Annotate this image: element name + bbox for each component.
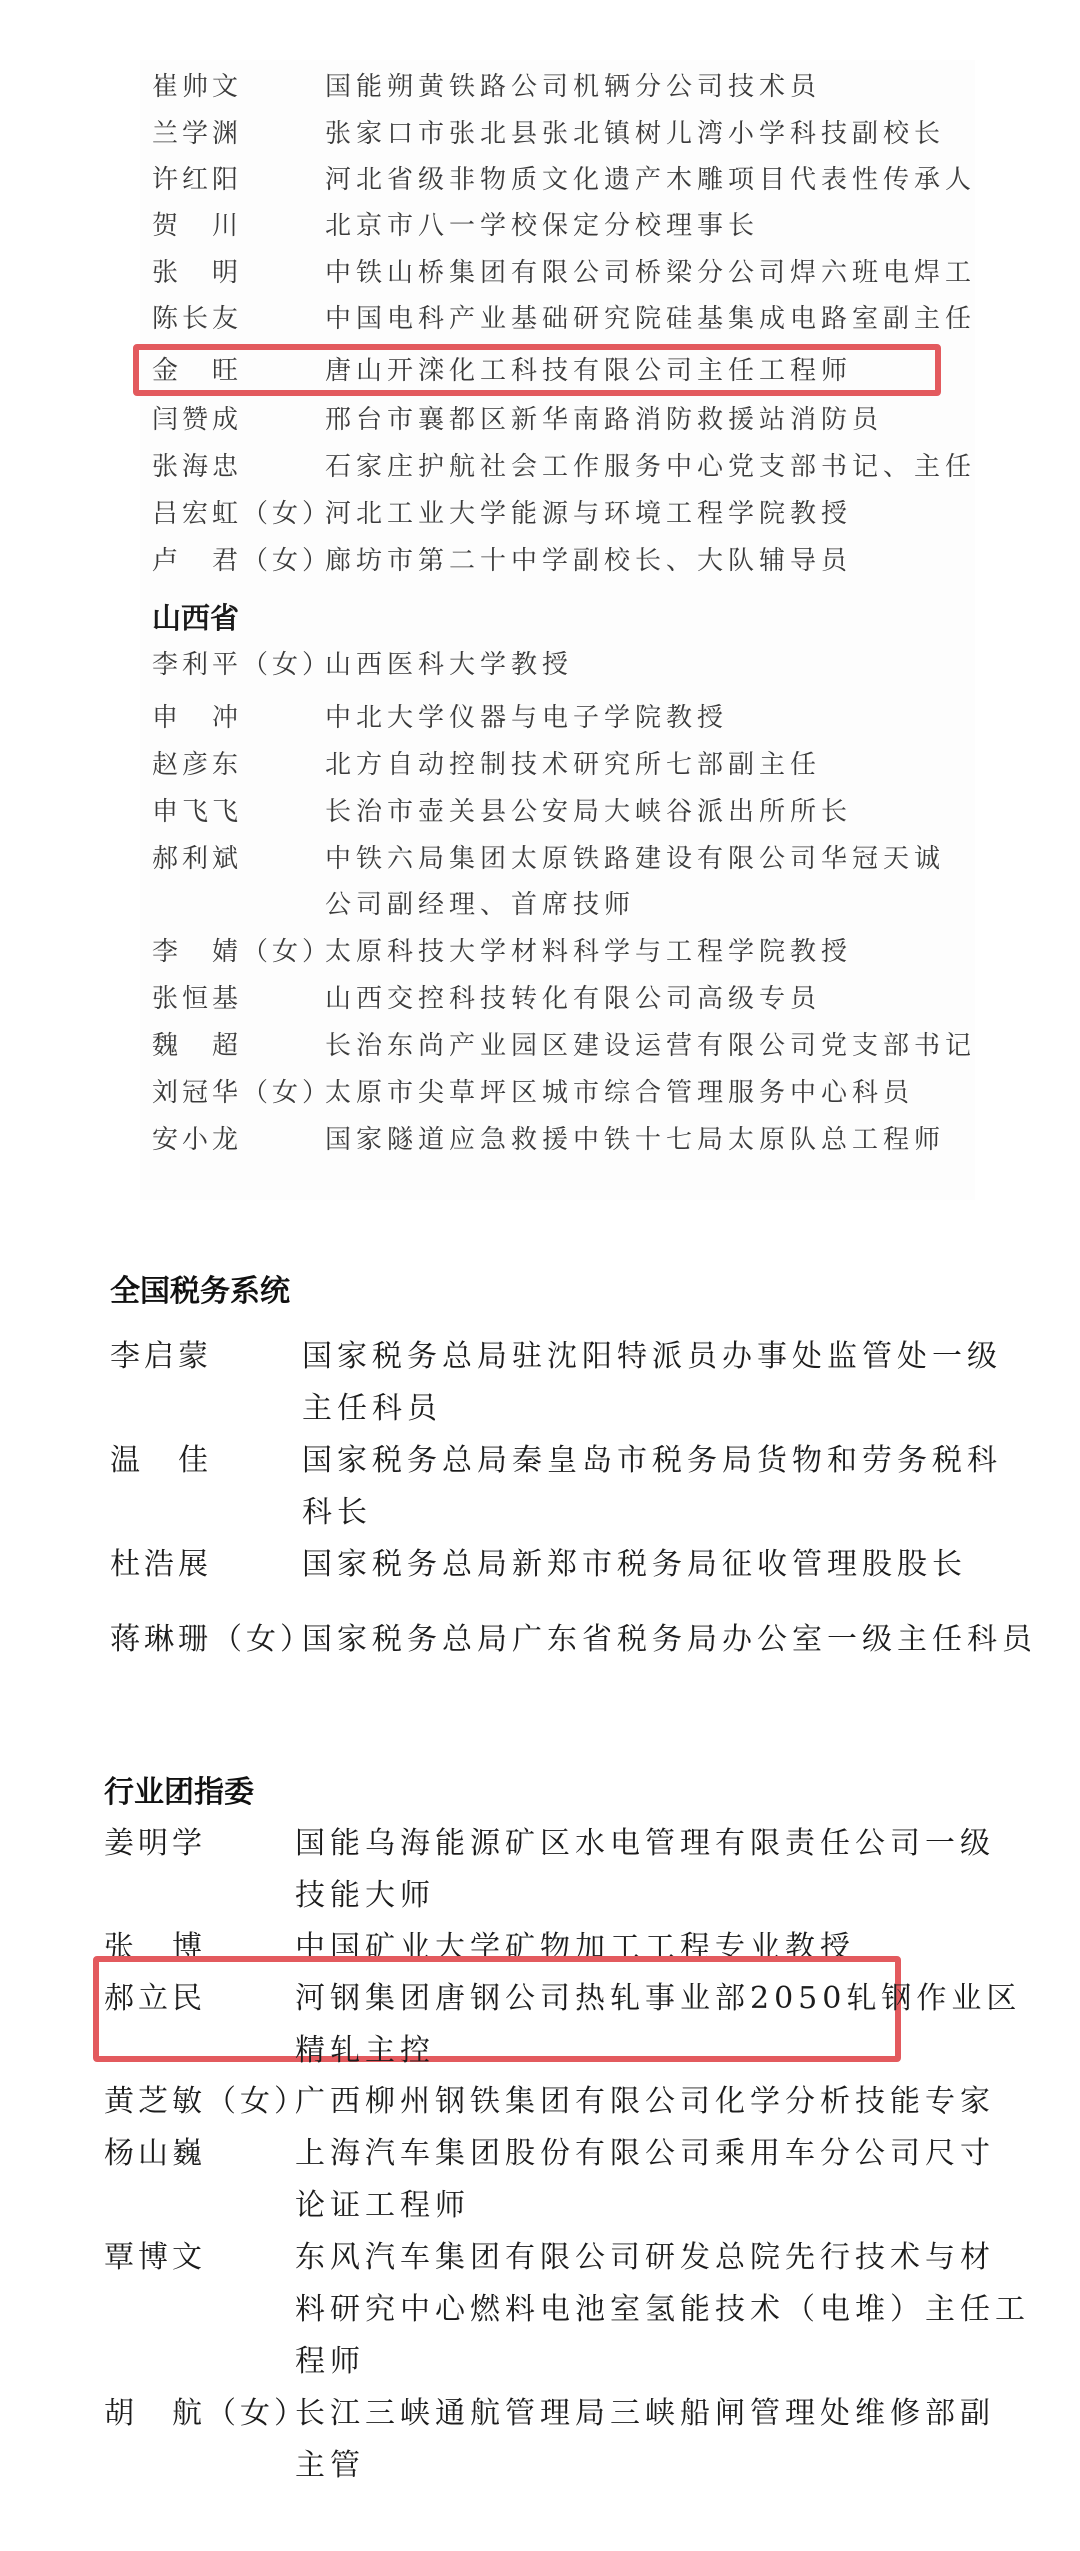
person-name: 黄芝敏（女）: [104, 2076, 308, 2120]
person-title: 太原市尖草坪区城市综合管理服务中心科员: [325, 1072, 914, 1109]
person-title: 上海汽车集团股份有限公司乘用车分公司尺寸: [295, 2128, 995, 2172]
person-name: 李利平（女）: [152, 644, 332, 681]
person-title: 河北省级非物质文化遗产木雕项目代表性传承人: [325, 159, 976, 196]
person-name: 姜明学: [104, 1818, 206, 1862]
person-name: 崔帅文: [152, 66, 242, 103]
person-name: 兰学渊: [152, 113, 242, 150]
person-name: 贺 川: [152, 205, 242, 242]
person-name: 许红阳: [152, 159, 242, 196]
person-title: 国家隧道应急救援中铁十七局太原队总工程师: [325, 1119, 945, 1156]
person-name: 金 旺: [152, 350, 242, 387]
person-name: 杜浩展: [110, 1539, 212, 1583]
person-name: 陈长友: [152, 298, 242, 335]
section-heading: 全国税务系统: [110, 1266, 290, 1310]
person-name: 李启蒙: [110, 1331, 212, 1375]
person-name: 郝立民: [104, 1973, 206, 2017]
person-name: 闫赞成: [152, 399, 242, 436]
person-title-cont: 料研究中心燃料电池室氢能技术（电堆）主任工: [295, 2284, 1030, 2328]
person-name: 杨山巍: [104, 2128, 206, 2172]
person-title-cont: 程师: [295, 2336, 365, 2380]
person-name: 蒋琳珊（女）: [110, 1614, 314, 1658]
person-title: 长江三峡通航管理局三峡船闸管理处维修部副: [295, 2388, 995, 2432]
person-name: 刘冠华（女）: [152, 1072, 332, 1109]
person-title: 山西医科大学教授: [325, 644, 573, 681]
person-title: 国家税务总局广东省税务局办公室一级主任科员: [302, 1614, 1037, 1658]
person-title-cont: 主任科员: [302, 1383, 442, 1427]
person-title: 唐山开滦化工科技有限公司主任工程师: [325, 350, 852, 387]
person-title: 国能乌海能源矿区水电管理有限责任公司一级: [295, 1818, 995, 1862]
person-title-cont: 论证工程师: [295, 2180, 470, 2224]
person-title: 河钢集团唐钢公司热轧事业部2050轧钢作业区: [295, 1973, 1021, 2017]
person-name: 申 冲: [152, 697, 242, 734]
person-name: 郝利斌: [152, 838, 242, 875]
person-title: 国家税务总局驻沈阳特派员办事处监管处一级: [302, 1331, 1002, 1375]
person-name: 张海忠: [152, 446, 242, 483]
person-title: 国家税务总局秦皇岛市税务局货物和劳务税科: [302, 1435, 1002, 1479]
person-title: 国能朔黄铁路公司机辆分公司技术员: [325, 66, 821, 103]
person-name: 李 婧（女）: [152, 931, 332, 968]
person-name: 吕宏虹（女）: [152, 493, 332, 530]
person-title: 中铁六局集团太原铁路建设有限公司华冠天诚: [325, 838, 945, 875]
person-title: 广西柳州钢铁集团有限公司化学分析技能专家: [295, 2076, 995, 2120]
person-name: 赵彦东: [152, 744, 242, 781]
section-heading: 行业团指委: [104, 1767, 254, 1811]
person-title: 山西交控科技转化有限公司高级专员: [325, 978, 821, 1015]
person-name: 胡 航（女）: [104, 2388, 308, 2432]
person-name: 温 佳: [110, 1435, 212, 1479]
person-title: 太原科技大学材料科学与工程学院教授: [325, 931, 852, 968]
person-title-cont: 科长: [302, 1487, 372, 1531]
person-title: 河北工业大学能源与环境工程学院教授: [325, 493, 852, 530]
person-title: 廊坊市第二十中学副校长、大队辅导员: [325, 540, 852, 577]
person-name: 覃博文: [104, 2232, 206, 2276]
person-title: 中北大学仪器与电子学院教授: [325, 697, 728, 734]
person-title: 北方自动控制技术研究所七部副主任: [325, 744, 821, 781]
person-title: 中铁山桥集团有限公司桥梁分公司焊六班电焊工: [325, 252, 976, 289]
person-title: 国家税务总局新郑市税务局征收管理股股长: [302, 1539, 967, 1583]
person-name: 卢 君（女）: [152, 540, 332, 577]
person-title: 北京市八一学校保定分校理事长: [325, 205, 759, 242]
person-title-cont: 主管: [295, 2440, 365, 2484]
person-title-cont: 精轧主控: [295, 2025, 435, 2069]
person-name: 申飞飞: [152, 791, 242, 828]
person-title-cont: 技能大师: [295, 1870, 435, 1914]
person-name: 张恒基: [152, 978, 242, 1015]
person-name: 张 明: [152, 252, 242, 289]
section-heading: 山西省: [152, 596, 239, 637]
person-title: 长治东尚产业园区建设运营有限公司党支部书记: [325, 1025, 976, 1062]
person-name: 魏 超: [152, 1025, 242, 1062]
person-title: 东风汽车集团有限公司研发总院先行技术与材: [295, 2232, 995, 2276]
person-title-cont: 公司副经理、首席技师: [325, 884, 635, 921]
person-title: 石家庄护航社会工作服务中心党支部书记、主任: [325, 446, 976, 483]
person-title: 邢台市襄都区新华南路消防救援站消防员: [325, 399, 883, 436]
person-title: 长治市壶关县公安局大峡谷派出所所长: [325, 791, 852, 828]
person-title: 张家口市张北县张北镇树儿湾小学科技副校长: [325, 113, 945, 150]
person-title: 中国电科产业基础研究院硅基集成电路室副主任: [325, 298, 976, 335]
person-name: 安小龙: [152, 1119, 242, 1156]
